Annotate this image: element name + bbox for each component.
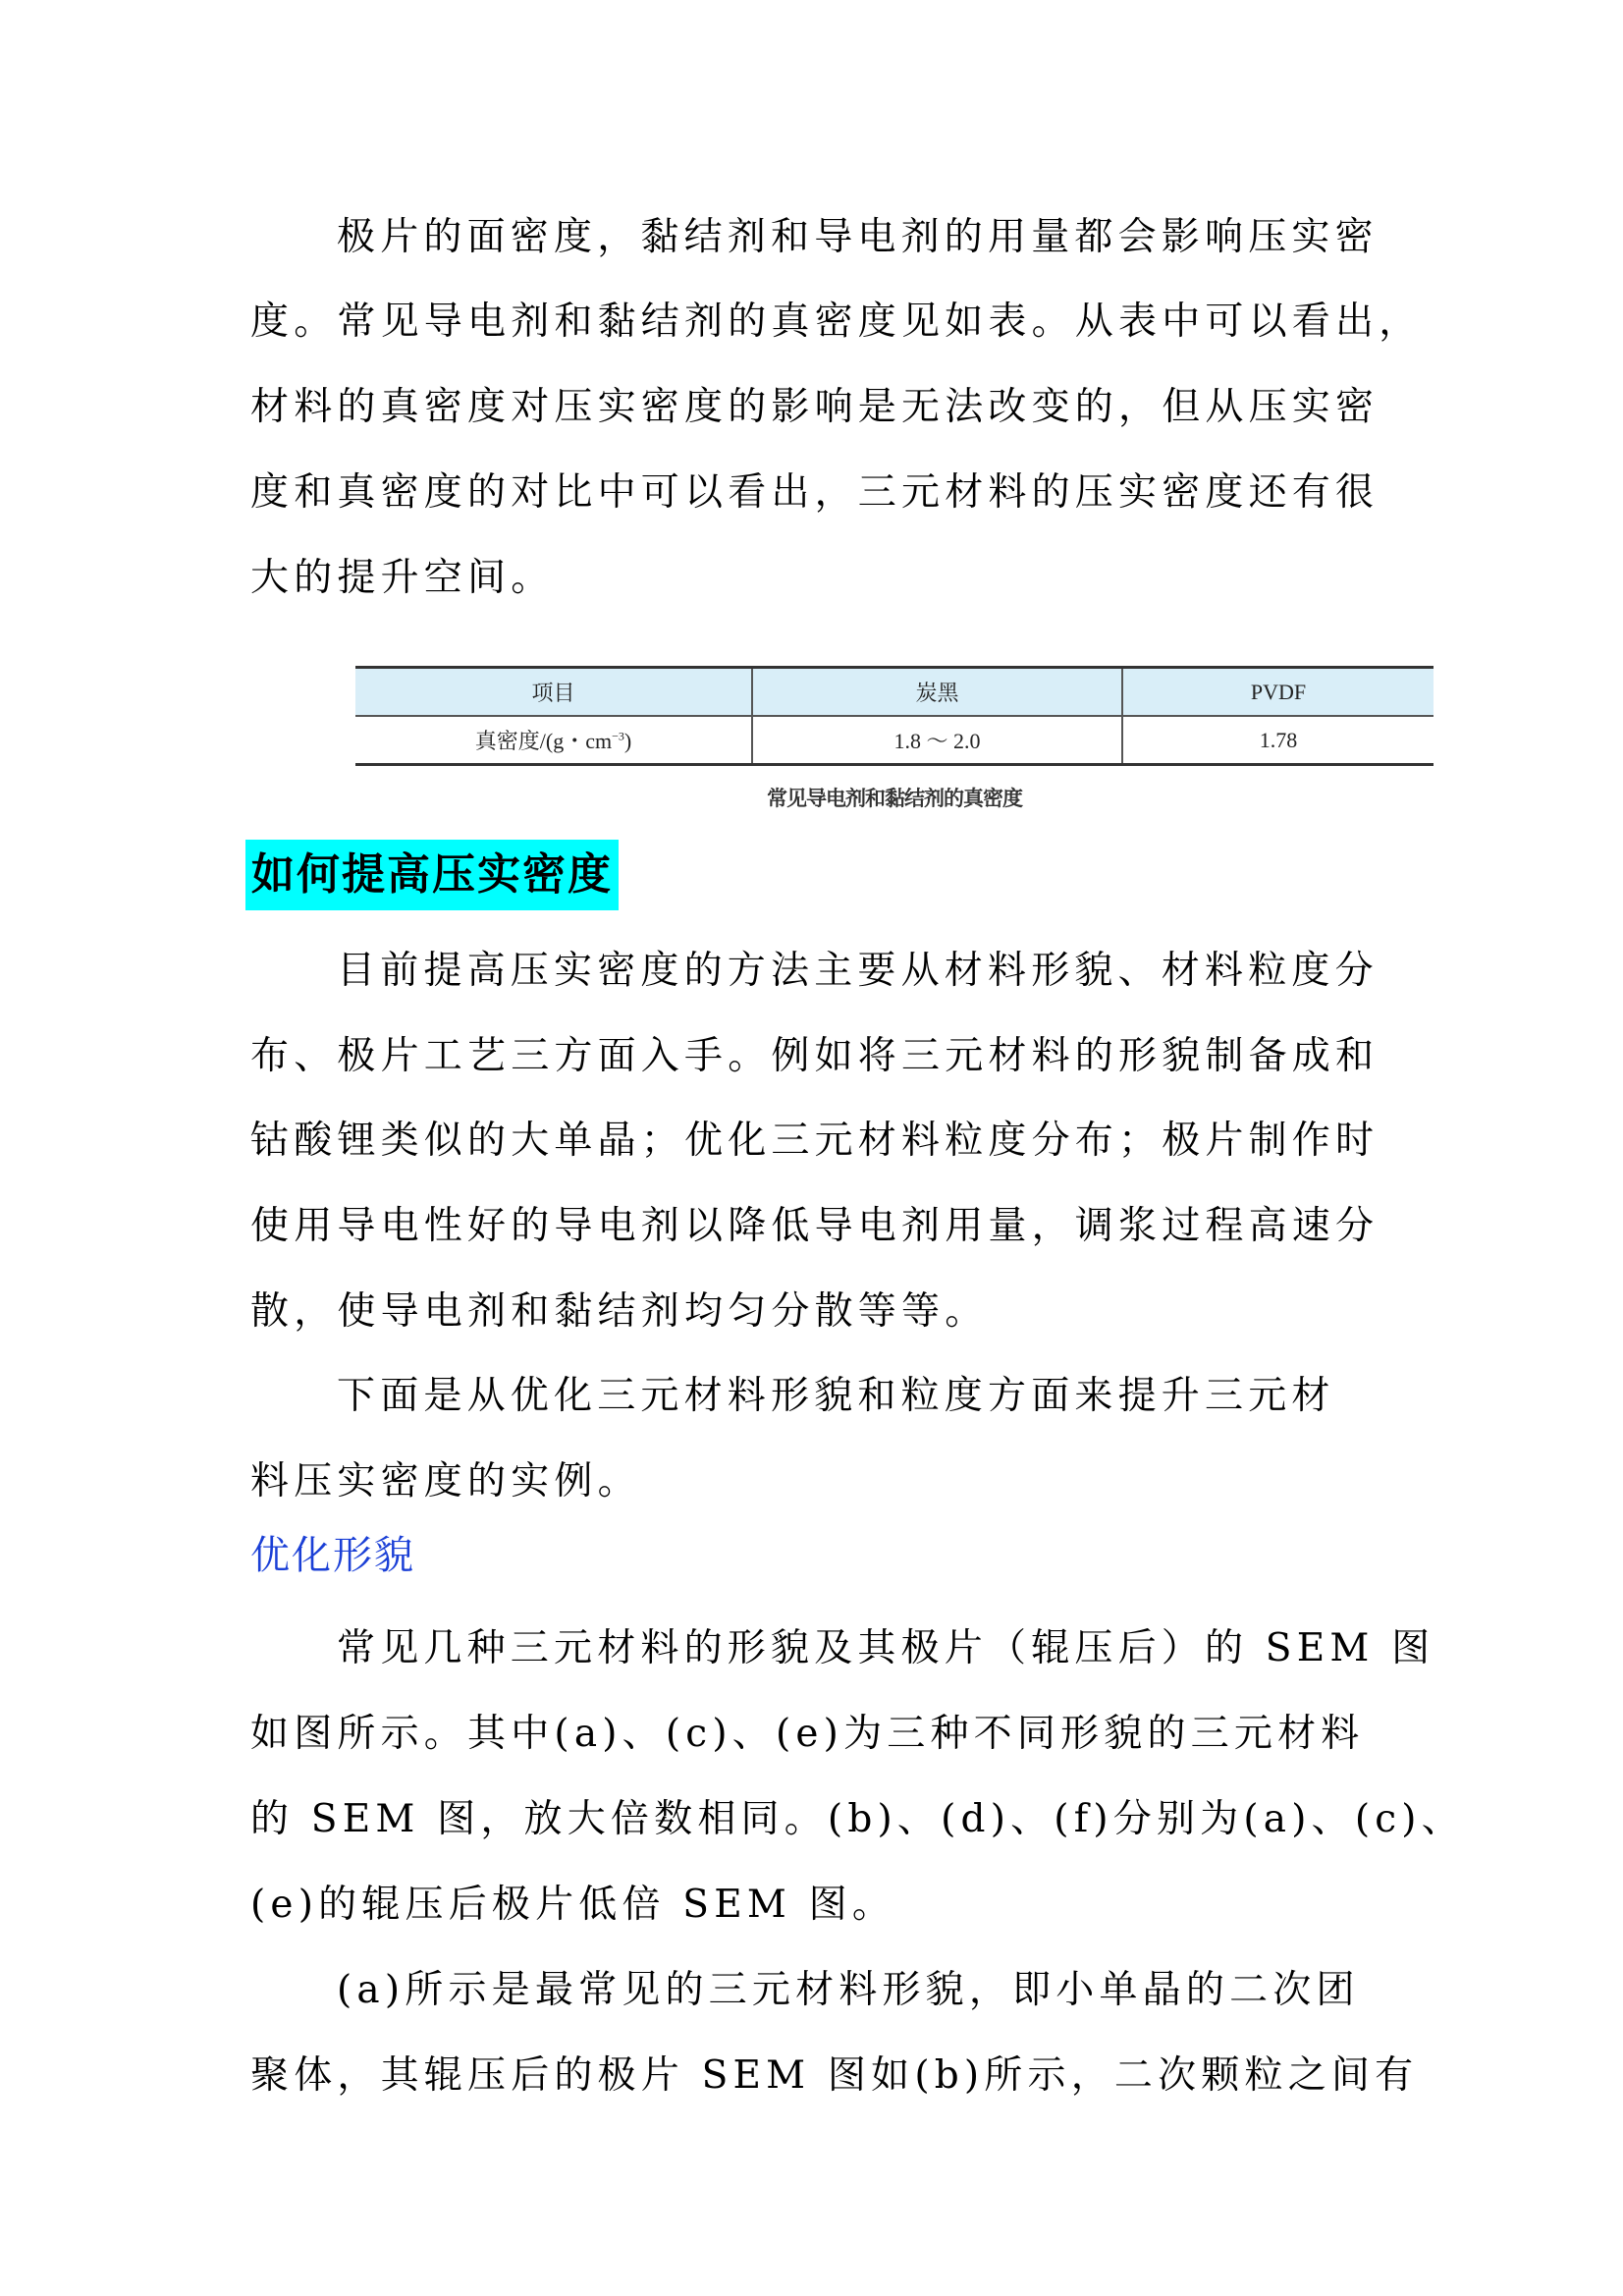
section-heading: 如何提高压实密度 [245, 840, 619, 910]
text-line: 材料的真密度对压实密度的影响是无法改变的，但从压实密 [250, 384, 1384, 431]
text-line: 度。常见导电剂和黏结剂的真密度见如表。从表中可以看出， [250, 299, 1384, 346]
subheading-optimize-morphology: 优化形貌 [250, 1532, 415, 1579]
header-item: 项目 [355, 668, 752, 717]
text-line: 散，使导电剂和黏结剂均匀分散等等。 [250, 1288, 1384, 1336]
text-line: 料压实密度的实例。 [250, 1458, 1384, 1505]
cell-pvdf-value: 1.78 [1122, 716, 1434, 765]
text-line: 的 SEM 图，放大倍数相同。(b)、(d)、(f)分别为(a)、(c)、 [250, 1796, 1384, 1843]
cell-carbon-black-value: 1.8 ～ 2.0 [752, 716, 1122, 765]
text-line: (a)所示是最常见的三元材料形貌，即小单晶的二次团 [337, 1967, 1384, 2014]
text-line: 布、极片工艺三方面入手。例如将三元材料的形貌制备成和 [250, 1033, 1384, 1080]
cell-property: 真密度/(g・cm−3) [355, 716, 752, 765]
text-line: 目前提高压实密度的方法主要从材料形貌、材料粒度分 [337, 948, 1384, 995]
text-line: 常见几种三元材料的形貌及其极片（辊压后）的 SEM 图 [337, 1625, 1384, 1672]
unit-superscript: −3 [612, 730, 624, 743]
text-line: 大的提升空间。 [250, 555, 1384, 602]
text-line: 聚体，其辊压后的极片 SEM 图如(b)所示，二次颗粒之间有 [250, 2052, 1384, 2100]
document-page: 极片的面密度，黏结剂和导电剂的用量都会影响压实密 度。常见导电剂和黏结剂的真密度… [0, 0, 1623, 2296]
header-pvdf: PVDF [1122, 668, 1434, 717]
text-line: 极片的面密度，黏结剂和导电剂的用量都会影响压实密 [337, 214, 1384, 261]
header-carbon-black: 炭黑 [752, 668, 1122, 717]
text-line: 下面是从优化三元材料形貌和粒度方面来提升三元材 [337, 1373, 1384, 1420]
text-line: 使用导电性好的导电剂以降低导电剂用量，调浆过程高速分 [250, 1203, 1384, 1250]
text-line: 度和真密度的对比中可以看出，三元材料的压实密度还有很 [250, 469, 1384, 517]
text-line: (e)的辊压后极片低倍 SEM 图。 [250, 1882, 1384, 1929]
table-caption: 常见导电剂和黏结剂的真密度 [355, 783, 1434, 812]
text-line: 钴酸锂类似的大单晶；优化三元材料粒度分布；极片制作时 [250, 1118, 1384, 1165]
true-density-table: 项目 炭黑 PVDF 真密度/(g・cm−3) 1.8 ～ 2.0 1.78 [355, 666, 1434, 766]
table-header-row: 项目 炭黑 PVDF [355, 668, 1434, 717]
text-line: 如图所示。其中(a)、(c)、(e)为三种不同形貌的三元材料 [250, 1711, 1384, 1758]
table-row: 真密度/(g・cm−3) 1.8 ～ 2.0 1.78 [355, 716, 1434, 765]
